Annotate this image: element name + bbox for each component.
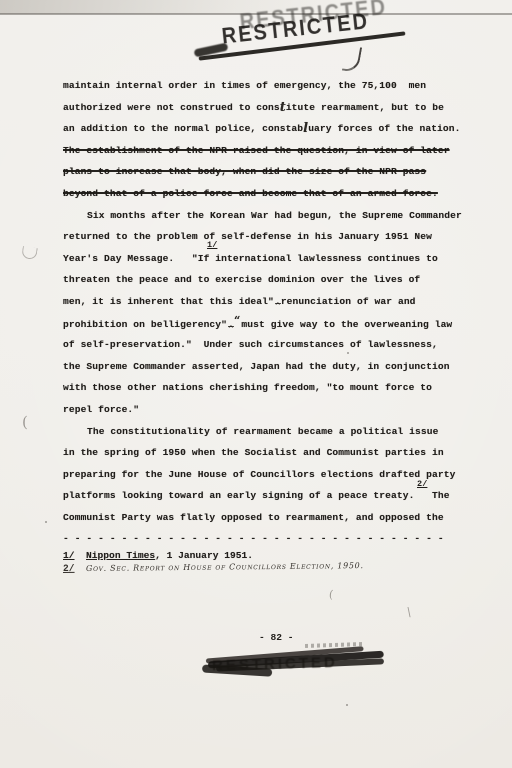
body-line: Communist Party was flatly opposed to re…	[63, 507, 473, 529]
body-line: repel force."	[63, 399, 473, 421]
footnote-1: 1/ Nippon Times, 1 January 1951.	[63, 549, 463, 562]
body-line: Year's Day Message. "If international la…	[63, 248, 473, 270]
body-line: with those other nations cherishing free…	[63, 377, 473, 399]
footnotes-block: 1/ Nippon Times, 1 January 1951. 2/ Gov.…	[63, 549, 463, 574]
body-line: authorized were not construed to constit…	[63, 97, 473, 119]
body-line: platforms looking toward an early signin…	[63, 485, 473, 507]
ink-speck	[45, 521, 47, 523]
handwritten-insert-l: l	[303, 121, 308, 136]
page-number: - 82 -	[259, 632, 294, 643]
body-line: prohibition on belligerency"^“must give …	[63, 313, 473, 335]
handwritten-insert-t: t	[280, 100, 286, 115]
body-line: maintain internal order in times of emer…	[63, 75, 473, 97]
ink-speck	[347, 352, 349, 354]
footnote-2-handwritten-text: Gov. Sec. Report on House of Councillors…	[86, 561, 364, 573]
body-line: men, it is inherent that this ideal"^ren…	[63, 291, 473, 313]
body-line-paragraph-start: The constitutionality of rearmament beca…	[63, 421, 473, 443]
restricted-stamp-bottom-scribbled: RESTRICTED	[206, 647, 392, 684]
ink-speck	[346, 704, 348, 706]
handwritten-quote-mark: “	[234, 314, 240, 327]
footnote-ref-2: 2/	[417, 479, 427, 489]
scanned-document-page: RESTRICTED RESTRICTED maintain internal …	[0, 0, 512, 768]
struck-line: plans to increase that body, when did th…	[63, 161, 473, 183]
body-line: threaten the peace and to exercise domin…	[63, 269, 473, 291]
footnote-ref-1: 1/	[207, 240, 217, 250]
footnote-separator-dashes: - - - - - - - - - - - - - - - - - - - - …	[63, 528, 473, 550]
stray-pen-mark-slash: \	[406, 605, 411, 619]
stray-pen-mark-paren: (	[328, 588, 334, 601]
body-line-paragraph-start: Six months after the Korean War had begu…	[63, 205, 473, 227]
body-line: the Supreme Commander asserted, Japan ha…	[63, 356, 473, 378]
margin-pencil-mark-paren: (	[22, 413, 28, 431]
proofreader-caret-mark: ^	[275, 303, 281, 306]
restricted-stamp-top: RESTRICTED RESTRICTED	[192, 10, 412, 66]
footnote-2-marker: 2/	[63, 563, 75, 574]
body-line: in the spring of 1950 when the Socialist…	[63, 442, 473, 464]
footnote-2: 2/ Gov. Sec. Report on House of Councill…	[63, 563, 463, 574]
stamp-pen-tail	[342, 45, 362, 73]
body-line: preparing for the June House of Councill…	[63, 464, 473, 486]
struck-line: beyond that of a police force and become…	[63, 183, 473, 205]
document-body: maintain internal order in times of emer…	[63, 75, 473, 550]
footnote-1-source-title: Nippon Times	[86, 550, 155, 561]
body-line: of self-preservation." Under such circum…	[63, 334, 473, 356]
struck-line: The establishment of the NPR raised the …	[63, 140, 473, 162]
body-line: returned to the problem of self-defense …	[63, 226, 473, 248]
body-line: an addition to the normal police, consta…	[63, 118, 473, 140]
footnote-1-marker: 1/	[63, 550, 75, 561]
margin-pencil-mark-u	[21, 246, 38, 260]
